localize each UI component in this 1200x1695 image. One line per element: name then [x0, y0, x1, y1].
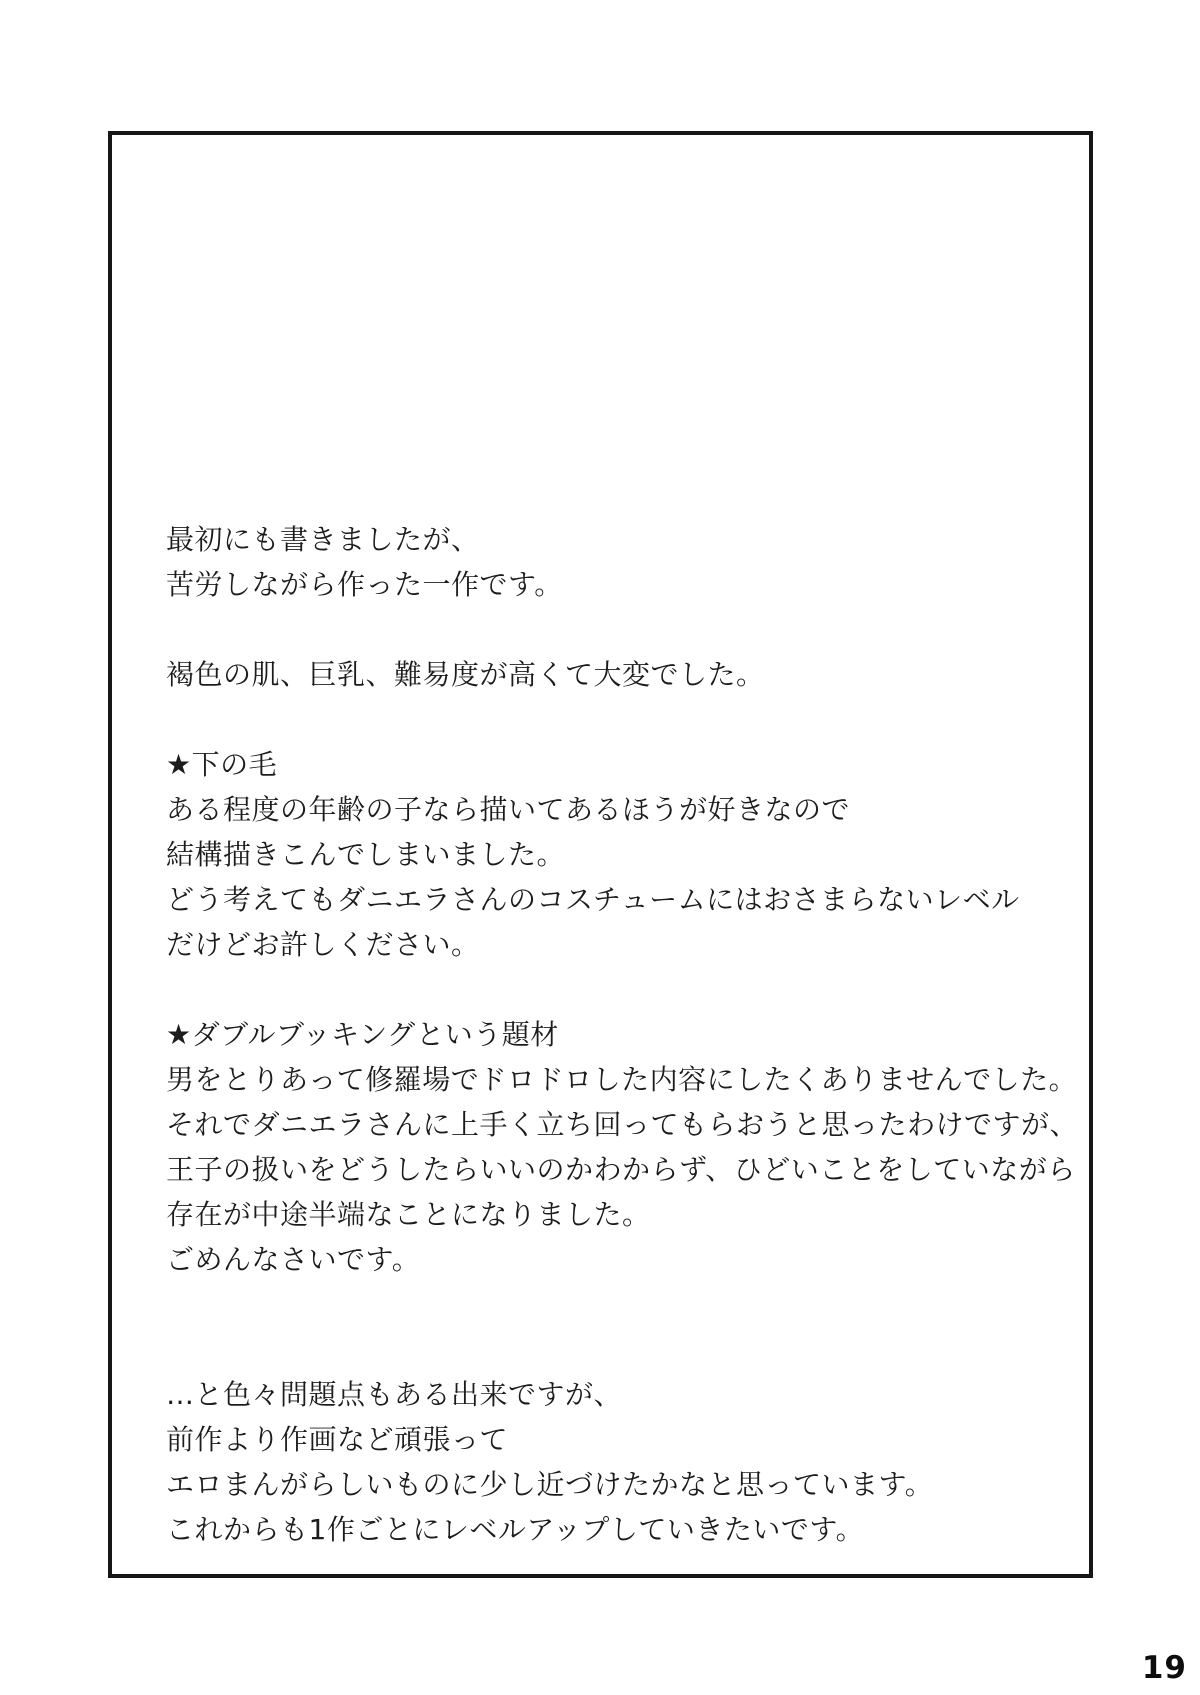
paragraph-topic-1: ★下の毛 ある程度の年齢の子なら描いてあるほうが好きなので 結構描きこんでしまい…: [166, 742, 1066, 967]
text-line: どう考えてもダニエラさんのコスチュームにはおさまらないレベル: [166, 877, 1066, 922]
paragraph-difficulty: 褐色の肌、巨乳、難易度が高くて大変でした。: [166, 652, 1066, 697]
text-line: …と色々問題点もある出来ですが、: [166, 1372, 1066, 1417]
text-line-heading: ★下の毛: [166, 742, 1066, 787]
paragraph-closing: …と色々問題点もある出来ですが、 前作より作画など頑張って エロまんがらしいもの…: [166, 1372, 1066, 1552]
paragraph-topic-2: ★ダブルブッキングという題材 男をとりあって修羅場でドロドロした内容にしたくあり…: [166, 1012, 1066, 1282]
page-number: 19: [1142, 1650, 1187, 1686]
text-line: これからも1作ごとにレベルアップしていきたいです。: [166, 1507, 1066, 1552]
text-line: 王子の扱いをどうしたらいいのかわからず、ひどいことをしていながら: [166, 1147, 1066, 1192]
text-line: 前作より作画など頑張って: [166, 1417, 1066, 1462]
text-line: 最初にも書きましたが、: [166, 517, 1066, 562]
text-line: エロまんがらしいものに少し近づけたかなと思っています。: [166, 1462, 1066, 1507]
text-line: 男をとりあって修羅場でドロドロした内容にしたくありませんでした。: [166, 1057, 1066, 1102]
text-line: 結構描きこんでしまいました。: [166, 832, 1066, 877]
text-line-heading: ★ダブルブッキングという題材: [166, 1012, 1066, 1057]
text-line: だけどお許しください。: [166, 922, 1066, 967]
text-line: ごめんなさいです。: [166, 1237, 1066, 1282]
text-line: 存在が中途半端なことになりました。: [166, 1192, 1066, 1237]
text-line: 褐色の肌、巨乳、難易度が高くて大変でした。: [166, 652, 1066, 697]
text-line: ある程度の年齢の子なら描いてあるほうが好きなので: [166, 787, 1066, 832]
paragraph-intro: 最初にも書きましたが、 苦労しながら作った一作です。: [166, 517, 1066, 607]
afterword-text: 最初にも書きましたが、 苦労しながら作った一作です。 褐色の肌、巨乳、難易度が高…: [166, 517, 1066, 1552]
text-line: 苦労しながら作った一作です。: [166, 562, 1066, 607]
document-page: 最初にも書きましたが、 苦労しながら作った一作です。 褐色の肌、巨乳、難易度が高…: [0, 0, 1200, 1695]
content-frame: 最初にも書きましたが、 苦労しながら作った一作です。 褐色の肌、巨乳、難易度が高…: [108, 131, 1093, 1578]
text-line: それでダニエラさんに上手く立ち回ってもらおうと思ったわけですが、: [166, 1102, 1066, 1147]
